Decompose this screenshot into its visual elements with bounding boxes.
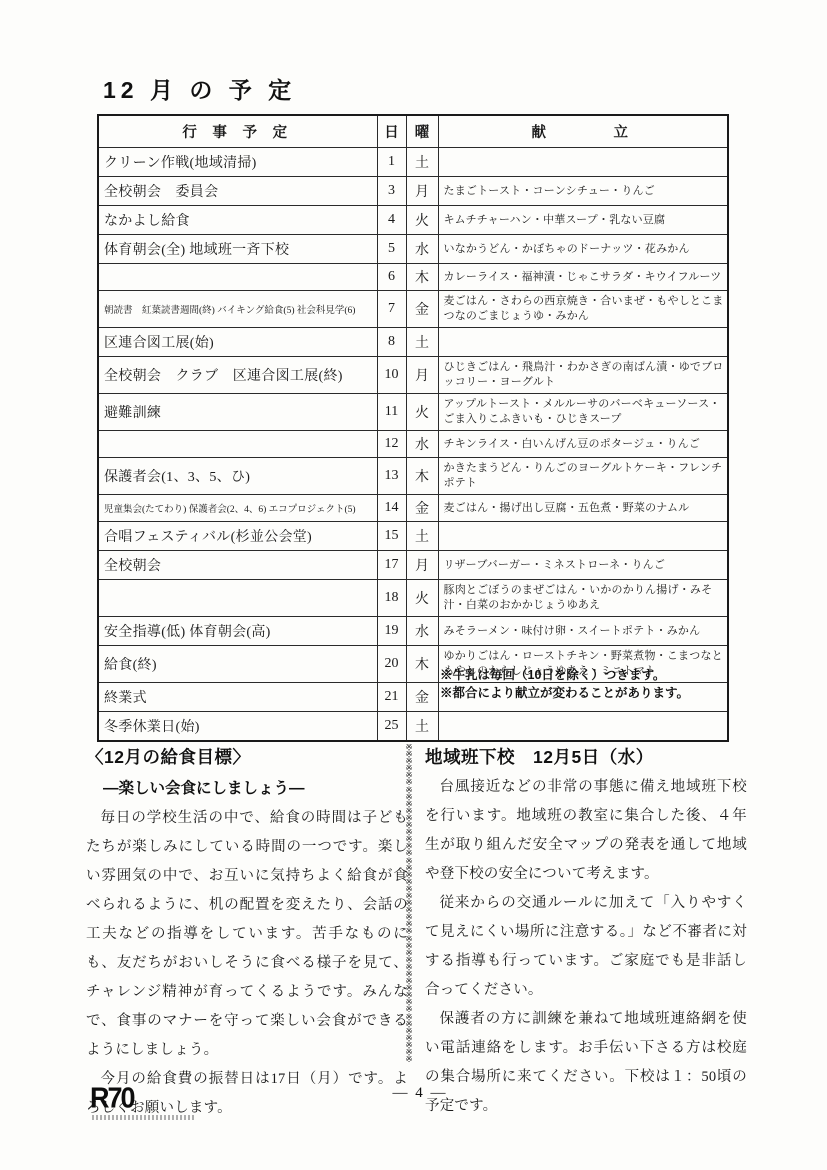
event-cell: 安全指導(低) 体育朝会(高) bbox=[98, 617, 377, 646]
weekday-cell: 金 bbox=[406, 683, 438, 712]
weekday-cell: 土 bbox=[406, 712, 438, 742]
menu-cell: キムチチャーハン・中華スープ・乳ない豆腐 bbox=[438, 206, 728, 235]
body-paragraph: 従来からの交通ルールに加えて「入りやすくて見えにくい場所に注意する。」など不審者… bbox=[425, 889, 747, 1005]
event-cell bbox=[98, 264, 377, 291]
event-cell bbox=[98, 580, 377, 617]
weekday-cell: 水 bbox=[406, 235, 438, 264]
header-event: 行 事 予 定 bbox=[98, 115, 377, 148]
menu-notes: ※牛乳は毎回（10日を除く）つきます。 ※都合により献立が変わることがあります。 bbox=[440, 666, 689, 702]
table-row: 朝読書 紅葉読書週間(終) バイキング給食(5) 社会科見学(6)7金麦ごはん・… bbox=[98, 291, 728, 328]
menu-cell: かきたまうどん・りんごのヨーグルトケーキ・フレンチポテト bbox=[438, 458, 728, 495]
event-cell: 全校朝会 委員会 bbox=[98, 177, 377, 206]
weekday-cell: 水 bbox=[406, 617, 438, 646]
event-cell: 朝読書 紅葉読書週間(終) バイキング給食(5) 社会科見学(6) bbox=[98, 291, 377, 328]
weekday-cell: 土 bbox=[406, 148, 438, 177]
event-cell: 給食(終) bbox=[98, 646, 377, 683]
logo-subtext-illegible bbox=[92, 1115, 194, 1120]
day-cell: 17 bbox=[377, 551, 406, 580]
day-cell: 7 bbox=[377, 291, 406, 328]
weekday-cell: 月 bbox=[406, 357, 438, 394]
weekday-cell: 月 bbox=[406, 551, 438, 580]
weekday-cell: 土 bbox=[406, 522, 438, 551]
event-cell: 全校朝会 クラブ 区連合図工展(終) bbox=[98, 357, 377, 394]
event-cell: 区連合図工展(始) bbox=[98, 328, 377, 357]
event-cell: クリーン作戦(地域清掃) bbox=[98, 148, 377, 177]
day-cell: 18 bbox=[377, 580, 406, 617]
day-cell: 13 bbox=[377, 458, 406, 495]
day-cell: 1 bbox=[377, 148, 406, 177]
column-divider-ornament: ※※※※※※※※※※※※※※※※※※※※※※※※※※※※※※※※※※※※※※※※… bbox=[403, 744, 415, 1062]
table-row: 体育朝会(全) 地域班一斉下校5水いなかうどん・かぼちゃのドーナッツ・花みかん bbox=[98, 235, 728, 264]
event-cell: なかよし給食 bbox=[98, 206, 377, 235]
event-cell bbox=[98, 431, 377, 458]
body-paragraph: 毎日の学校生活の中で、給食の時間は子どもたちが楽しみにしている時間の一つです。楽… bbox=[86, 804, 408, 1065]
table-row: 合唱フェスティバル(杉並公会堂)15土 bbox=[98, 522, 728, 551]
lunch-goal-section: 〈12月の給食目標〉 ―楽しい会食にしましょう― 毎日の学校生活の中で、給食の時… bbox=[86, 744, 408, 1123]
menu-cell: 麦ごはん・さわらの西京焼き・合いまぜ・もやしとこまつなのごまじょうゆ・みかん bbox=[438, 291, 728, 328]
day-cell: 10 bbox=[377, 357, 406, 394]
table-row: 児童集会(たてわり) 保護者会(2、4、6) エコプロジェクト(5)14金麦ごは… bbox=[98, 495, 728, 522]
menu-cell: カレーライス・福神漬・じゃこサラダ・キウイフルーツ bbox=[438, 264, 728, 291]
menu-cell: たまごトースト・コーンシチュー・りんご bbox=[438, 177, 728, 206]
body-paragraph: 台風接近などの非常の事態に備え地域班下校を行います。地域班の教室に集合した後、４… bbox=[425, 773, 747, 889]
day-cell: 4 bbox=[377, 206, 406, 235]
menu-cell: ひじきごはん・飛鳥汁・わかさぎの南ばん漬・ゆでブロッコリー・ヨーグルト bbox=[438, 357, 728, 394]
body-paragraph: 保護者の方に訓練を兼ねて地域班連絡網を使い電話連絡をします。お手伝い下さる方は校… bbox=[425, 1005, 747, 1121]
menu-cell: アップルトースト・メルルーサのバーベキューソース・ごま入りこふきいも・ひじきスー… bbox=[438, 394, 728, 431]
table-row: 冬季休業日(始)25土 bbox=[98, 712, 728, 742]
logo-text: R70 bbox=[90, 1082, 194, 1115]
weekday-cell: 木 bbox=[406, 646, 438, 683]
weekday-cell: 木 bbox=[406, 458, 438, 495]
newsletter-page: 12 月 の 予 定 行 事 予 定 日 曜 献 立 クリーン作戦(地域清掃)1… bbox=[0, 0, 827, 1170]
lunch-goal-heading: 〈12月の給食目標〉 bbox=[86, 744, 408, 769]
event-cell: 体育朝会(全) 地域班一斉下校 bbox=[98, 235, 377, 264]
weekday-cell: 金 bbox=[406, 495, 438, 522]
schedule-table-body: クリーン作戦(地域清掃)1土全校朝会 委員会3月たまごトースト・コーンシチュー・… bbox=[98, 148, 728, 742]
day-cell: 3 bbox=[377, 177, 406, 206]
note-menu-change: ※都合により献立が変わることがあります。 bbox=[440, 684, 689, 702]
table-row: 全校朝会17月リザーブバーガー・ミネストローネ・りんご bbox=[98, 551, 728, 580]
menu-cell: いなかうどん・かぼちゃのドーナッツ・花みかん bbox=[438, 235, 728, 264]
day-cell: 21 bbox=[377, 683, 406, 712]
day-cell: 14 bbox=[377, 495, 406, 522]
event-cell: 冬季休業日(始) bbox=[98, 712, 377, 742]
event-cell: 保護者会(1、3、5、ひ) bbox=[98, 458, 377, 495]
weekday-cell: 金 bbox=[406, 291, 438, 328]
event-cell: 避難訓練 bbox=[98, 394, 377, 431]
weekday-cell: 火 bbox=[406, 394, 438, 431]
header-menu: 献 立 bbox=[438, 115, 728, 148]
table-row: 6木カレーライス・福神漬・じゃこサラダ・キウイフルーツ bbox=[98, 264, 728, 291]
table-row: 避難訓練11火アップルトースト・メルルーサのバーベキューソース・ごま入りこふきい… bbox=[98, 394, 728, 431]
table-row: 全校朝会 委員会3月たまごトースト・コーンシチュー・りんご bbox=[98, 177, 728, 206]
event-cell: 児童集会(たてわり) 保護者会(2、4、6) エコプロジェクト(5) bbox=[98, 495, 377, 522]
day-cell: 19 bbox=[377, 617, 406, 646]
menu-cell: 麦ごはん・揚げ出し豆腐・五色煮・野菜のナムル bbox=[438, 495, 728, 522]
table-row: 全校朝会 クラブ 区連合図工展(終)10月ひじきごはん・飛鳥汁・わかさぎの南ばん… bbox=[98, 357, 728, 394]
day-cell: 20 bbox=[377, 646, 406, 683]
header-day: 日 bbox=[377, 115, 406, 148]
header-weekday: 曜 bbox=[406, 115, 438, 148]
weekday-cell: 月 bbox=[406, 177, 438, 206]
footer-logo: R70 bbox=[90, 1083, 194, 1120]
menu-cell: 豚肉とごぼうのまぜごはん・いかのかりん揚げ・みそ汁・白菜のおかかじょうゆあえ bbox=[438, 580, 728, 617]
table-row: 安全指導(低) 体育朝会(高)19水みそラーメン・味付け卵・スイートポテト・みか… bbox=[98, 617, 728, 646]
weekday-cell: 土 bbox=[406, 328, 438, 357]
day-cell: 6 bbox=[377, 264, 406, 291]
table-row: 18火豚肉とごぼうのまぜごはん・いかのかりん揚げ・みそ汁・白菜のおかかじょうゆあ… bbox=[98, 580, 728, 617]
table-row: クリーン作戦(地域清掃)1土 bbox=[98, 148, 728, 177]
weekday-cell: 水 bbox=[406, 431, 438, 458]
day-cell: 11 bbox=[377, 394, 406, 431]
table-row: 区連合図工展(始)8土 bbox=[98, 328, 728, 357]
day-cell: 5 bbox=[377, 235, 406, 264]
menu-cell bbox=[438, 712, 728, 742]
menu-cell: みそラーメン・味付け卵・スイートポテト・みかん bbox=[438, 617, 728, 646]
table-row: 保護者会(1、3、5、ひ)13木かきたまうどん・りんごのヨーグルトケーキ・フレン… bbox=[98, 458, 728, 495]
neighborhood-walk-heading: 地域班下校 12月5日（水） bbox=[425, 744, 747, 769]
lunch-goal-paragraphs: 毎日の学校生活の中で、給食の時間は子どもたちが楽しみにしている時間の一つです。楽… bbox=[86, 804, 408, 1123]
menu-cell: リザーブバーガー・ミネストローネ・りんご bbox=[438, 551, 728, 580]
weekday-cell: 火 bbox=[406, 206, 438, 235]
page-title: 12 月 の 予 定 bbox=[103, 72, 296, 105]
menu-cell bbox=[438, 522, 728, 551]
day-cell: 25 bbox=[377, 712, 406, 742]
note-milk: ※牛乳は毎回（10日を除く）つきます。 bbox=[440, 666, 689, 684]
event-cell: 合唱フェスティバル(杉並公会堂) bbox=[98, 522, 377, 551]
menu-cell bbox=[438, 148, 728, 177]
day-cell: 8 bbox=[377, 328, 406, 357]
schedule-table: 行 事 予 定 日 曜 献 立 クリーン作戦(地域清掃)1土全校朝会 委員会3月… bbox=[97, 114, 729, 742]
lunch-goal-subheading: ―楽しい会食にしましょう― bbox=[103, 776, 408, 798]
table-header-row: 行 事 予 定 日 曜 献 立 bbox=[98, 115, 728, 148]
day-cell: 15 bbox=[377, 522, 406, 551]
event-cell: 全校朝会 bbox=[98, 551, 377, 580]
menu-cell: チキンライス・白いんげん豆のポタージュ・りんご bbox=[438, 431, 728, 458]
table-row: なかよし給食4火キムチチャーハン・中華スープ・乳ない豆腐 bbox=[98, 206, 728, 235]
neighborhood-walk-paragraphs: 台風接近などの非常の事態に備え地域班下校を行います。地域班の教室に集合した後、４… bbox=[425, 773, 747, 1121]
table-row: 12水チキンライス・白いんげん豆のポタージュ・りんご bbox=[98, 431, 728, 458]
weekday-cell: 火 bbox=[406, 580, 438, 617]
page-number: — 4 — bbox=[380, 1085, 460, 1102]
event-cell: 終業式 bbox=[98, 683, 377, 712]
menu-cell bbox=[438, 328, 728, 357]
neighborhood-walk-section: 地域班下校 12月5日（水） 台風接近などの非常の事態に備え地域班下校を行います… bbox=[425, 744, 747, 1121]
schedule-table-container: 行 事 予 定 日 曜 献 立 クリーン作戦(地域清掃)1土全校朝会 委員会3月… bbox=[97, 114, 729, 742]
weekday-cell: 木 bbox=[406, 264, 438, 291]
day-cell: 12 bbox=[377, 431, 406, 458]
